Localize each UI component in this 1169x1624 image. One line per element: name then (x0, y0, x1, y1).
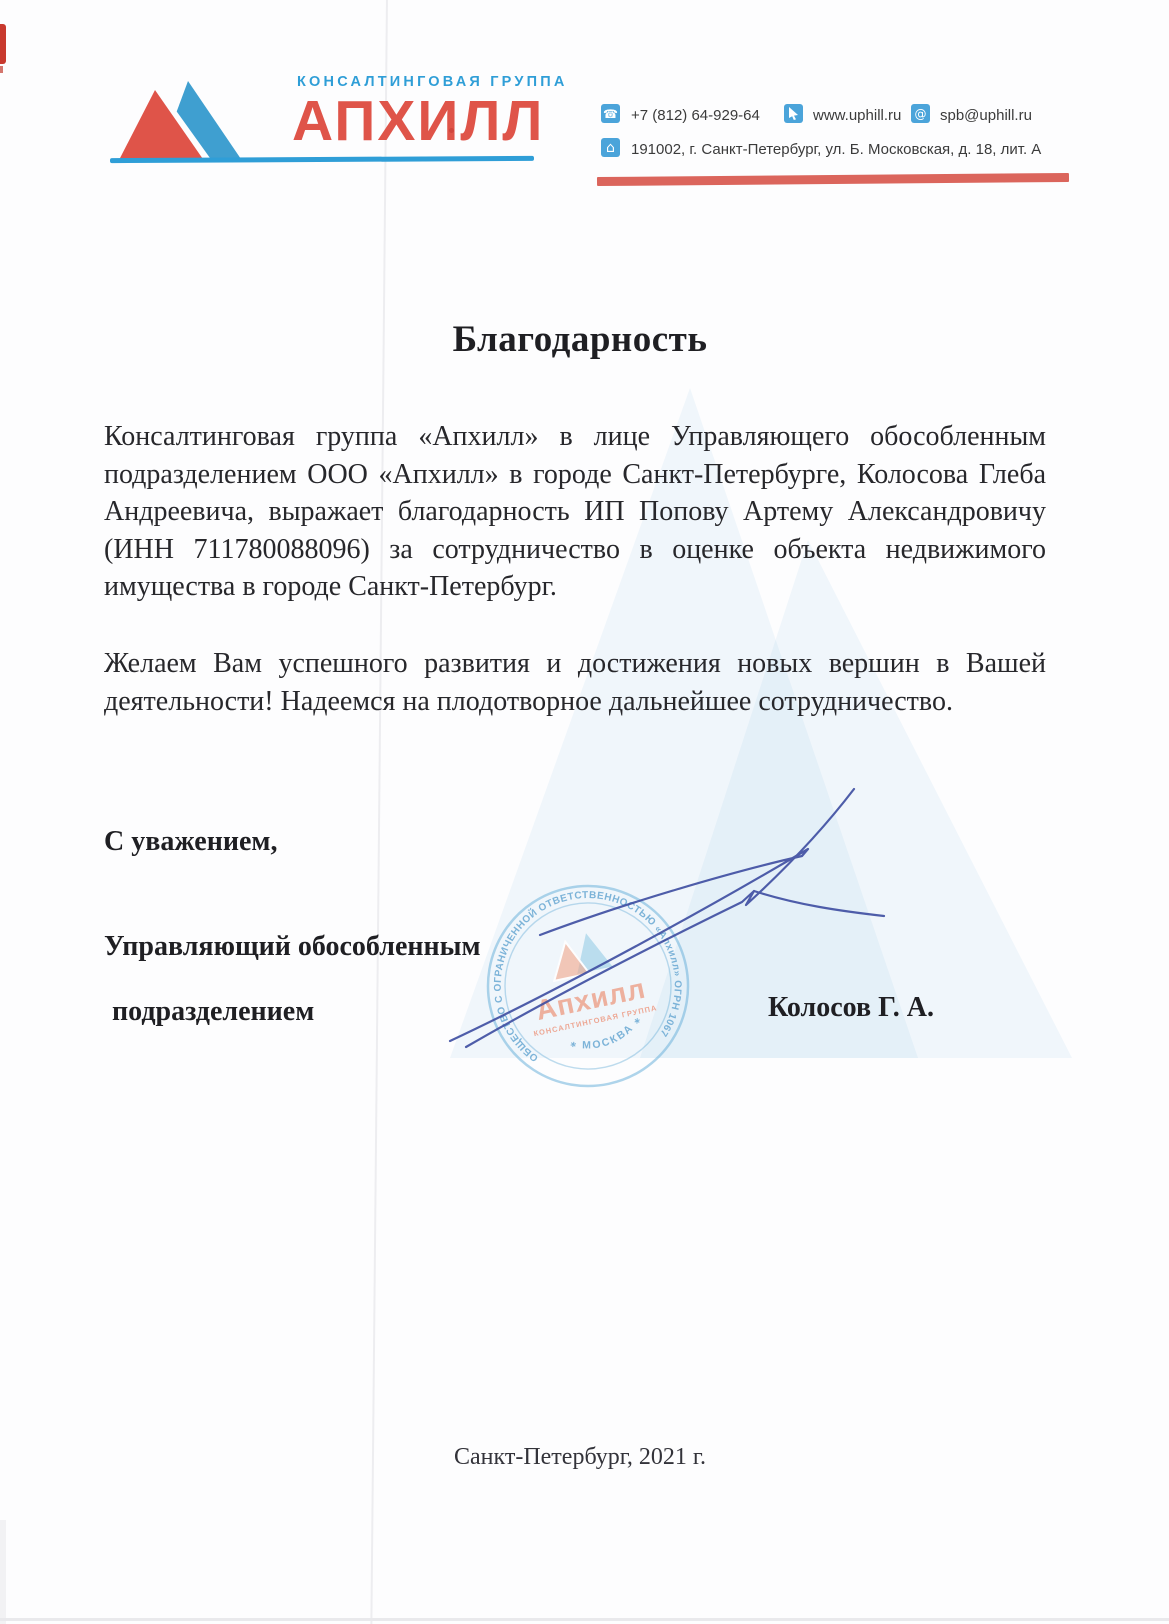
body-paragraph-1: Консалтинговая группа «Апхилл» в лице Уп… (104, 418, 1046, 606)
document-title: Благодарность (0, 318, 1160, 361)
phone-glyph: ☎ (603, 108, 618, 120)
phone-icon: ☎ (601, 104, 620, 123)
scan-edge-red-mark (0, 66, 3, 73)
signer-position-line2: подразделением (112, 996, 314, 1028)
city-year-line: Санкт-Петербург, 2021 г. (0, 1444, 1160, 1471)
scan-edge-shadow (0, 1618, 1169, 1621)
company-stamp-icon: ОБЩЕСТВО С ОГРАНИЧЕННОЙ ОТВЕТСТВЕННОСТЬЮ… (460, 858, 716, 1114)
website-link: www.uphill.ru (813, 107, 901, 124)
scanned-letter-page: КОНСАЛТИНГОВАЯ ГРУППА АПХИЛЛ ☎ +7 (812) … (0, 0, 1169, 1624)
logo-brand-text: АПХИЛЛ (292, 92, 544, 150)
scan-edge-red-mark (0, 24, 6, 64)
logo-dot-icon (449, 128, 454, 133)
header-accent-bar (597, 173, 1069, 186)
body-paragraph-2: Желаем Вам успешного развития и достижен… (104, 645, 1046, 720)
salutation: С уважением, (104, 826, 277, 858)
home-icon: ⌂ (601, 138, 620, 157)
logo-tagline: КОНСАЛТИНГОВАЯ ГРУППА (297, 74, 568, 90)
scan-edge-shadow (0, 1520, 6, 1624)
watermark-triangle-icon (0, 0, 1169, 1624)
postal-address: 191002, г. Санкт-Петербург, ул. Б. Моско… (631, 141, 1041, 158)
phone-number: +7 (812) 64-929-64 (631, 107, 760, 124)
paper-fold-line (370, 0, 388, 1624)
email-at-icon: @ (911, 104, 930, 123)
cursor-icon (784, 104, 803, 123)
signer-name: Колосов Г. А. (768, 992, 934, 1024)
home-glyph: ⌂ (606, 141, 615, 155)
at-glyph: @ (915, 108, 927, 120)
signer-position-line1: Управляющий обособленным (104, 931, 481, 963)
email-address: spb@uphill.ru (940, 107, 1032, 124)
